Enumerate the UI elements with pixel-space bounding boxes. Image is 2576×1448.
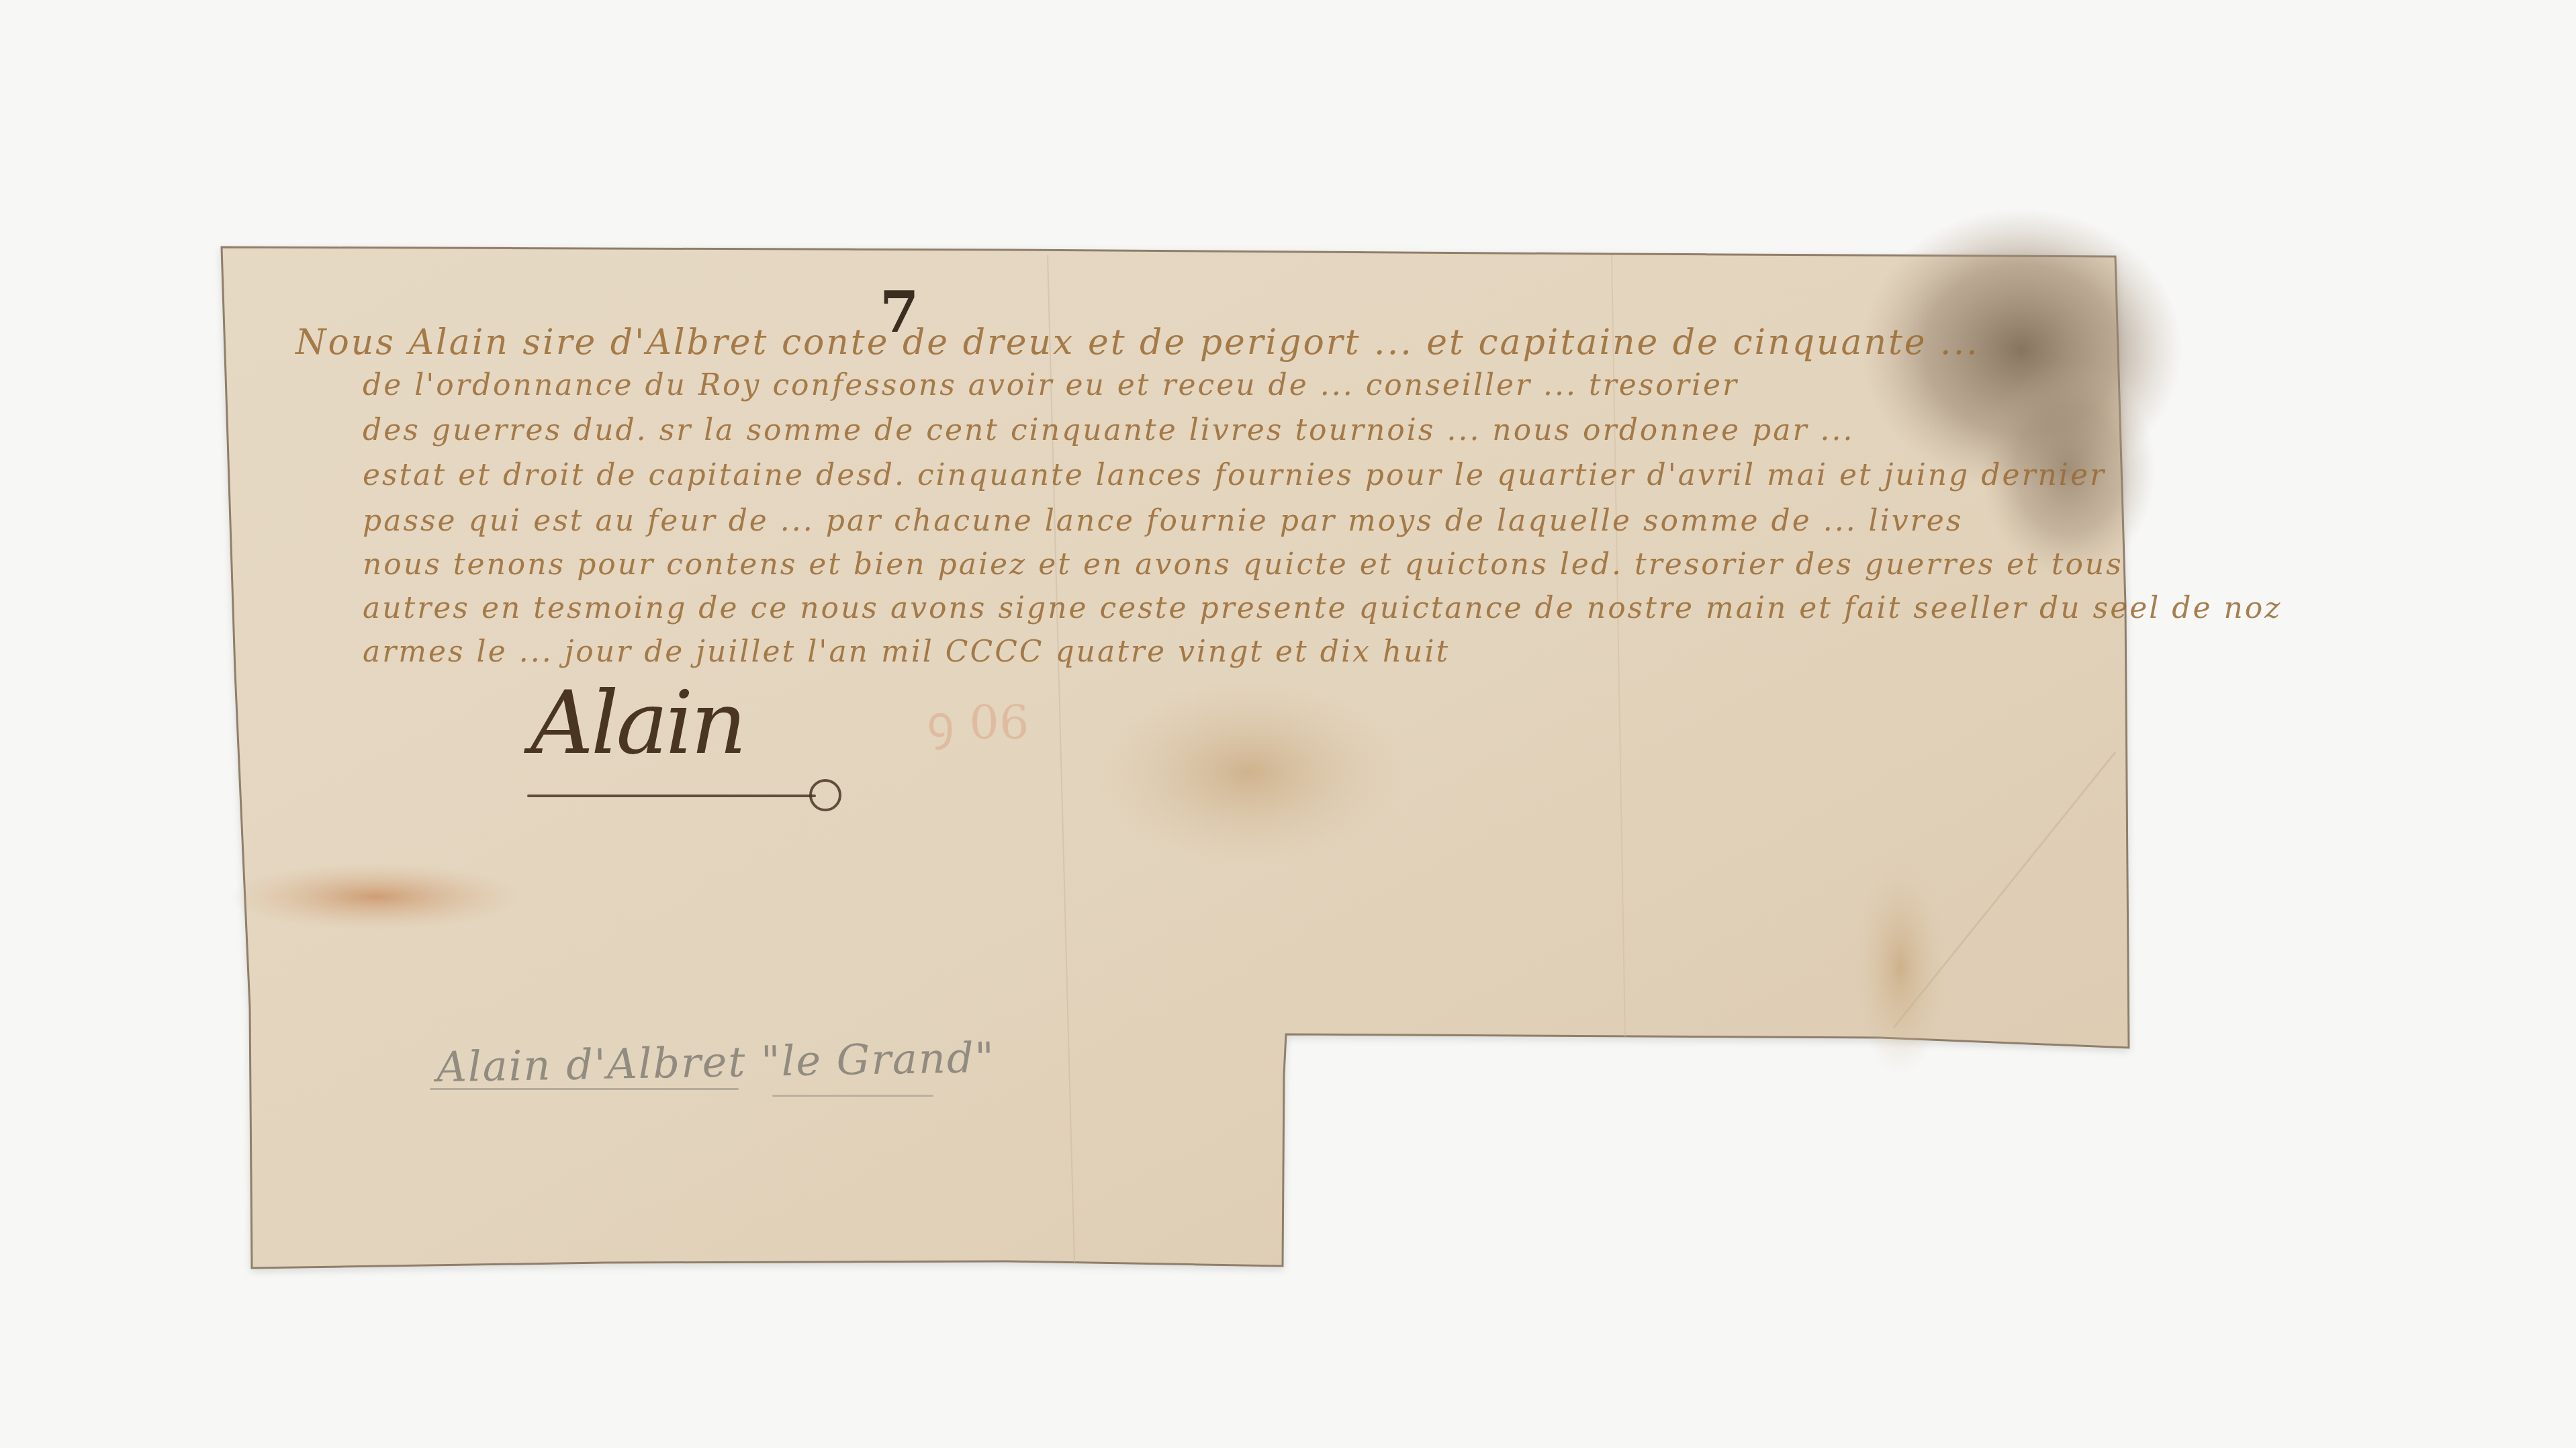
signature: Alain: [531, 672, 744, 774]
pencil-underline: [430, 1088, 739, 1090]
parchment-sheet: ꝯ 06: [0, 0, 2576, 1448]
text-line-1: Nous Alain sire d'Albret conte de dreux …: [295, 322, 1980, 363]
text-line-6: nous tenons pour contens et bien paiez e…: [363, 547, 2123, 582]
text-line-8: armes le ... jour de juillet l'an mil CC…: [363, 635, 1450, 669]
text-line-3: des guerres dud. sr la somme de cent cin…: [363, 413, 1854, 447]
pencil-annotation: Alain d'Albret "le Grand": [436, 1033, 995, 1092]
svg-text:ꝯ 06: ꝯ 06: [927, 695, 1029, 750]
signature-flourish-line: [527, 795, 816, 797]
photo-stage: ꝯ 06 7 Nous Alain sire d'Albret conte de…: [0, 0, 2576, 1448]
signature-knot-flourish: [809, 779, 841, 811]
text-line-2: de l'ordonnance du Roy confessons avoir …: [363, 368, 1739, 402]
text-line-5: passe qui est au feur de ... par chacune…: [363, 504, 1963, 538]
pencil-underline-2: [772, 1095, 933, 1097]
text-line-7: autres en tesmoing de ce nous avons sign…: [363, 591, 2283, 625]
text-line-4: estat et droit de capitaine desd. cinqua…: [363, 458, 2106, 492]
